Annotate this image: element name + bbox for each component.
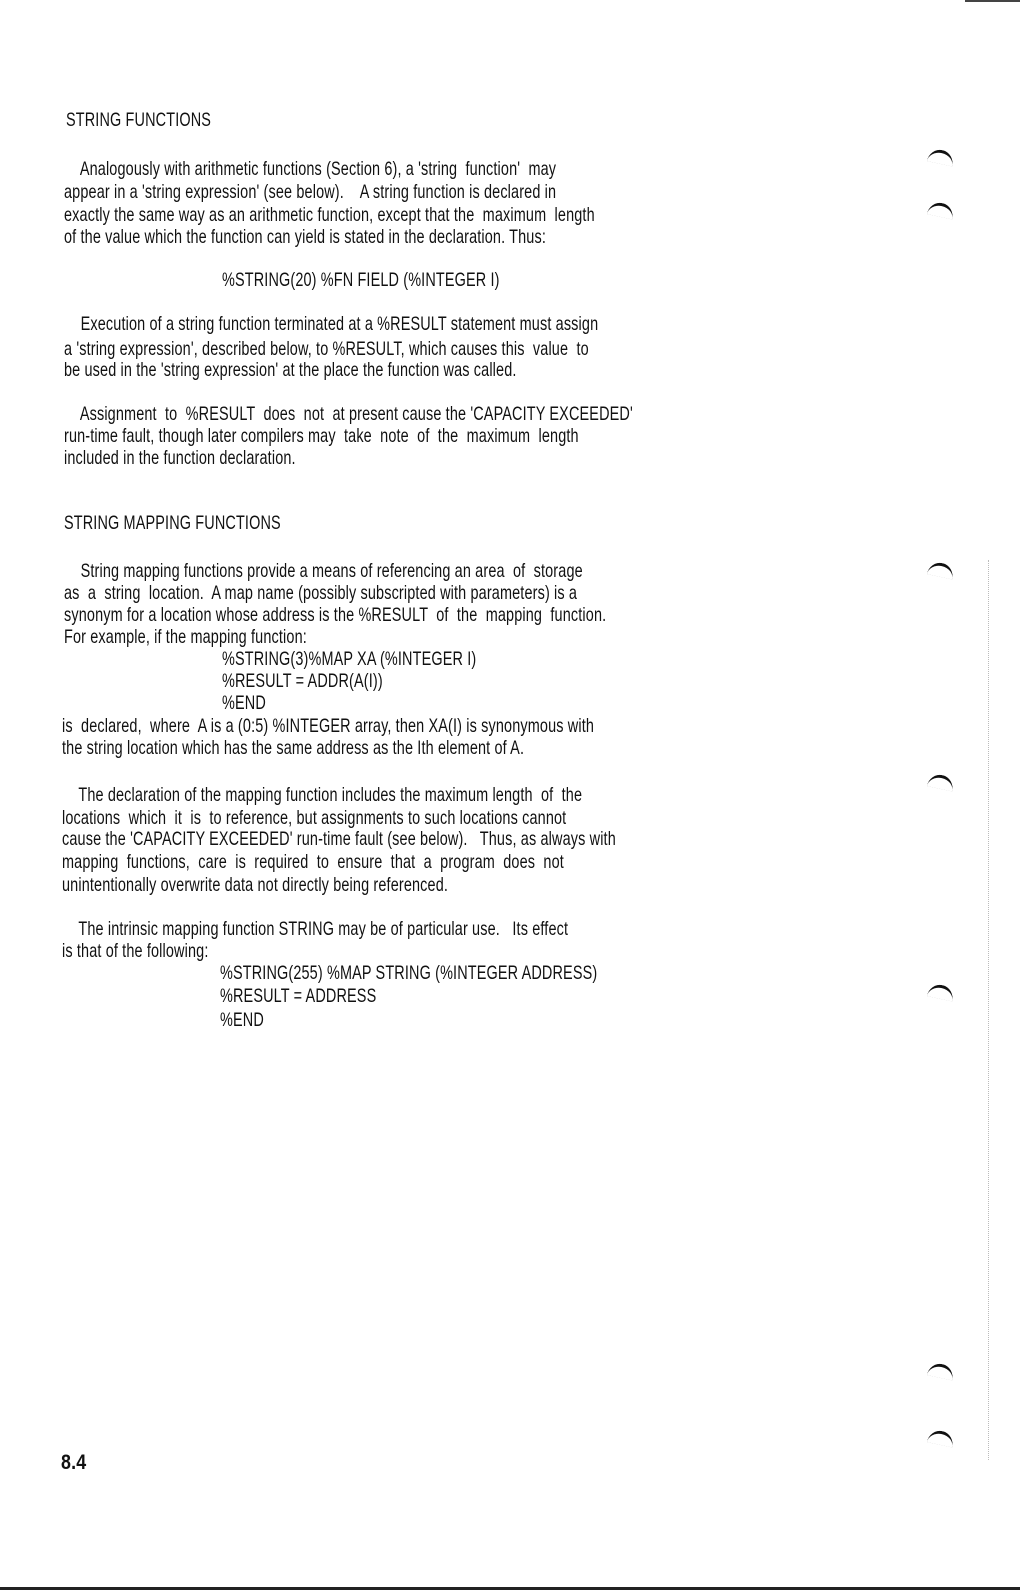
paragraph-line: included in the function declaration.	[64, 449, 296, 469]
scan-corner-mark	[965, 0, 1020, 2]
paragraph-line: exactly the same way as an arithmetic fu…	[64, 206, 595, 226]
document-page: STRING FUNCTIONS Analogously with arithm…	[0, 0, 1020, 1591]
binder-hole-arc-icon	[927, 200, 955, 219]
paragraph-line: the string location which has the same a…	[62, 739, 524, 759]
paragraph-line: be used in the 'string expression' at th…	[64, 361, 517, 381]
paragraph-line: run-time fault, though later compilers m…	[64, 427, 579, 447]
code-line: %END	[222, 694, 266, 714]
paragraph-line: is that of the following:	[62, 942, 208, 962]
paragraph-line: locations which it is to reference, but …	[62, 809, 566, 829]
binder-hole-arc-icon	[927, 1361, 955, 1380]
code-line: %RESULT = ADDRESS	[220, 987, 376, 1007]
code-line: %END	[220, 1011, 264, 1031]
paragraph-line: The declaration of the mapping function …	[62, 786, 582, 806]
section-heading-string-functions: STRING FUNCTIONS	[66, 111, 211, 131]
code-line: %STRING(3)%MAP XA (%INTEGER I)	[222, 650, 476, 670]
code-line: %STRING(20) %FN FIELD (%INTEGER I)	[222, 271, 500, 291]
binder-hole-arc-icon	[927, 982, 955, 1001]
code-line: %STRING(255) %MAP STRING (%INTEGER ADDRE…	[220, 964, 597, 984]
binder-hole-arc-icon	[927, 560, 955, 579]
paragraph-line: of the value which the function can yiel…	[64, 228, 546, 248]
paragraph-line: For example, if the mapping function:	[64, 628, 307, 648]
paragraph-line: unintentionally overwrite data not direc…	[62, 876, 448, 896]
paragraph-line: is declared, where A is a (0:5) %INTEGER…	[62, 717, 594, 737]
paragraph-line: a 'string expression', described below, …	[64, 340, 589, 360]
binder-hole-arc-icon	[927, 772, 955, 791]
paragraph-line: Assignment to %RESULT does not at presen…	[64, 405, 633, 425]
paragraph-line: String mapping functions provide a means…	[64, 562, 583, 582]
paragraph-line: Execution of a string function terminate…	[64, 315, 598, 335]
paragraph-line: synonym for a location whose address is …	[64, 606, 606, 626]
paragraph-line: Analogously with arithmetic functions (S…	[64, 160, 556, 180]
paragraph-line: The intrinsic mapping function STRING ma…	[62, 920, 568, 940]
binder-hole-arc-icon	[927, 147, 955, 166]
margin-dotted-line	[988, 560, 989, 1460]
paragraph-line: cause the 'CAPACITY EXCEEDED' run-time f…	[62, 830, 616, 850]
section-heading-string-mapping-functions: STRING MAPPING FUNCTIONS	[64, 514, 281, 534]
bottom-edge-line	[0, 1587, 1020, 1590]
binder-hole-arc-icon	[927, 1428, 955, 1447]
code-line: %RESULT = ADDR(A(I))	[222, 672, 383, 692]
page-number: 8.4	[61, 1452, 86, 1473]
paragraph-line: as a string location. A map name (possib…	[64, 584, 577, 604]
paragraph-line: appear in a 'string expression' (see bel…	[64, 183, 556, 203]
paragraph-line: mapping functions, care is required to e…	[62, 853, 564, 873]
